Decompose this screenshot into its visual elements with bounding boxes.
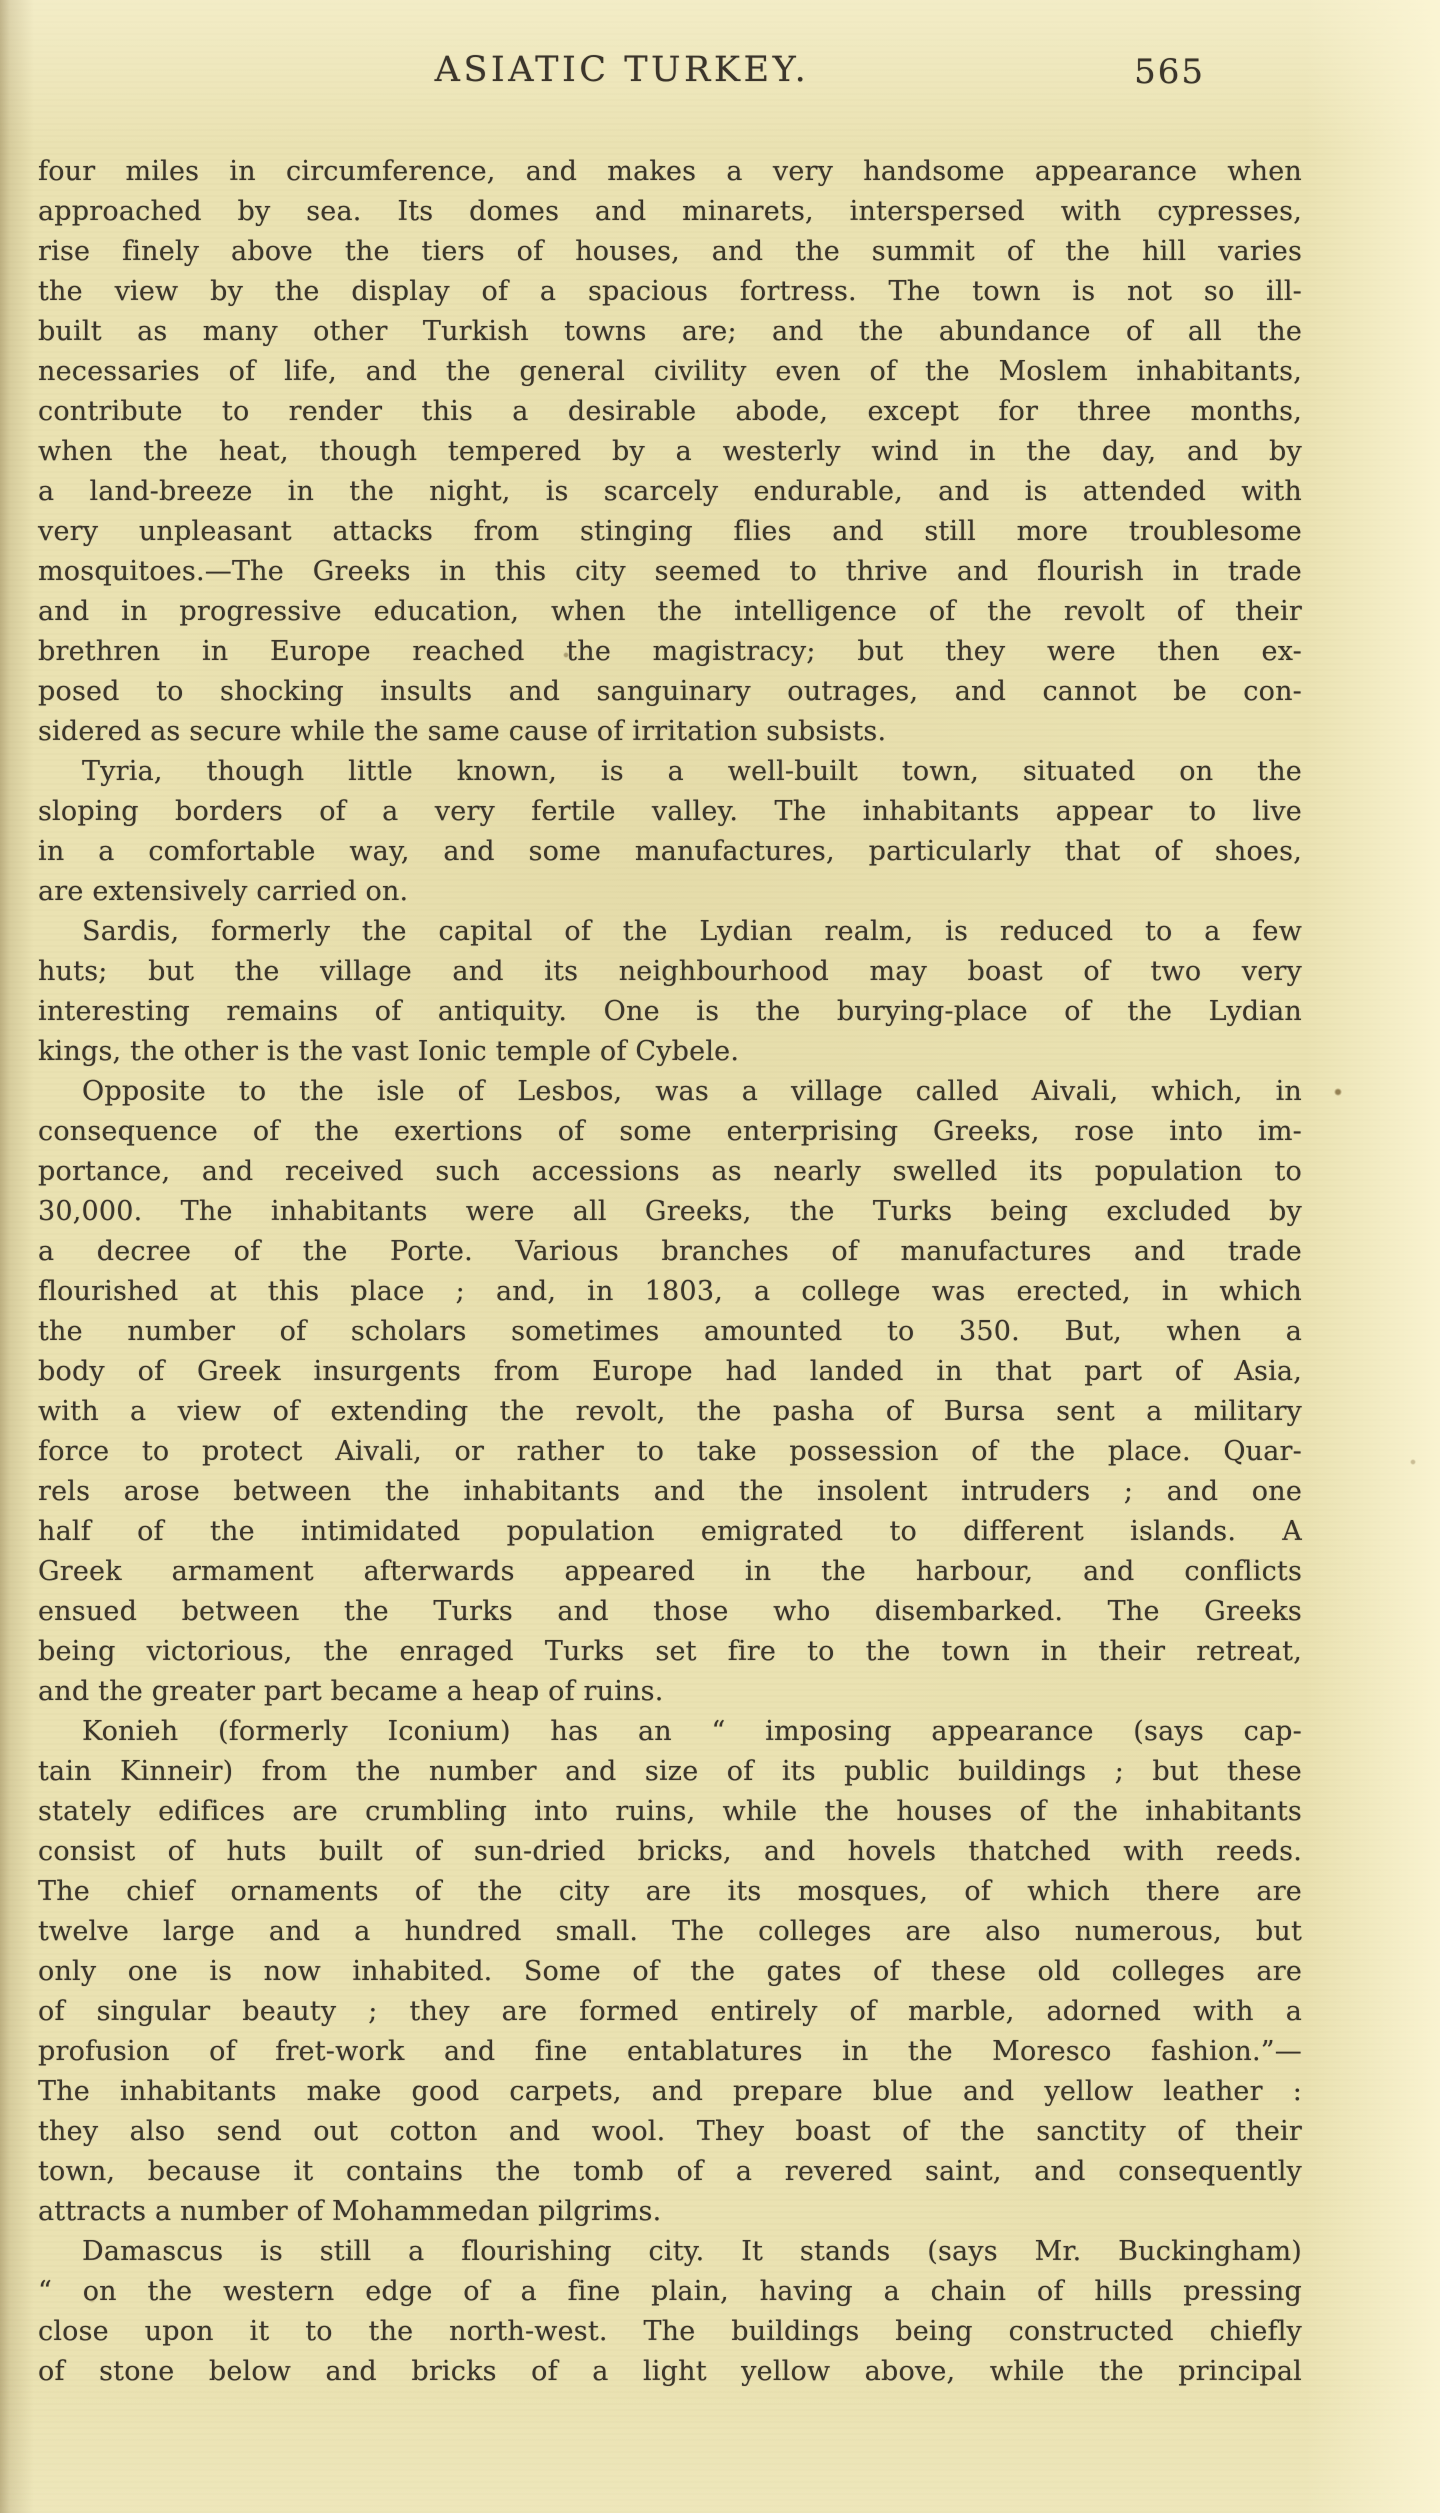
paragraph-3: Sardis, formerly the capital of the Lydi… xyxy=(38,912,1302,1072)
page-number: 565 xyxy=(1134,52,1205,92)
text-line: twelve large and a hundred small. The co… xyxy=(38,1912,1302,1952)
text-line: Tyria, though little known, is a well-bu… xyxy=(38,752,1302,792)
text-line: being victorious, the enraged Turks set … xyxy=(38,1632,1302,1672)
text-line: are extensively carried on. xyxy=(38,872,1302,912)
text-line: The chief ornaments of the city are its … xyxy=(38,1872,1302,1912)
text-line: of stone below and bricks of a light yel… xyxy=(38,2352,1302,2392)
text-line: of singular beauty ; they are formed ent… xyxy=(38,1992,1302,2032)
text-line: four miles in circumference, and makes a… xyxy=(38,152,1302,192)
text-line: attracts a number of Mohammedan pilgrims… xyxy=(38,2192,1302,2232)
text-line: close upon it to the north-west. The bui… xyxy=(38,2312,1302,2352)
text-line: Opposite to the isle of Lesbos, was a vi… xyxy=(38,1072,1302,1112)
text-line: rise finely above the tiers of houses, a… xyxy=(38,232,1302,272)
text-line: force to protect Aivali, or rather to ta… xyxy=(38,1432,1302,1472)
text-line: body of Greek insurgents from Europe had… xyxy=(38,1352,1302,1392)
text-line: the number of scholars sometimes amounte… xyxy=(38,1312,1302,1352)
paragraph-1: four miles in circumference, and makes a… xyxy=(38,152,1302,752)
text-line: huts; but the village and its neighbourh… xyxy=(38,952,1302,992)
text-line: Greek armament afterwards appeared in th… xyxy=(38,1552,1302,1592)
text-line: only one is now inhabited. Some of the g… xyxy=(38,1952,1302,1992)
text-line: contribute to render this a desirable ab… xyxy=(38,392,1302,432)
text-line: mosquitoes.—The Greeks in this city seem… xyxy=(38,552,1302,592)
text-line: they also send out cotton and wool. They… xyxy=(38,2112,1302,2152)
text-line: when the heat, though tempered by a west… xyxy=(38,432,1302,472)
text-line: interesting remains of antiquity. One is… xyxy=(38,992,1302,1032)
text-line: profusion of fret-work and fine entablat… xyxy=(38,2032,1302,2072)
paragraph-4: Opposite to the isle of Lesbos, was a vi… xyxy=(38,1072,1302,1712)
text-line: town, because it contains the tomb of a … xyxy=(38,2152,1302,2192)
text-line: approached by sea. Its domes and minaret… xyxy=(38,192,1302,232)
text-line: consist of huts built of sun-dried brick… xyxy=(38,1832,1302,1872)
text-line: sidered as secure while the same cause o… xyxy=(38,712,1302,752)
text-line: the view by the display of a spacious fo… xyxy=(38,272,1302,312)
text-line: Sardis, formerly the capital of the Lydi… xyxy=(38,912,1302,952)
book-page: ASIATIC TURKEY. 565 four miles in circum… xyxy=(0,0,1440,2513)
text-line: necessaries of life, and the general civ… xyxy=(38,352,1302,392)
paragraph-6: Damascus is still a flourishing city. It… xyxy=(38,2232,1302,2392)
text-line: built as many other Turkish towns are; a… xyxy=(38,312,1302,352)
text-line: ensued between the Turks and those who d… xyxy=(38,1592,1302,1632)
paragraph-2: Tyria, though little known, is a well-bu… xyxy=(38,752,1302,912)
text-line: Damascus is still a flourishing city. It… xyxy=(38,2232,1302,2272)
text-line: flourished at this place ; and, in 1803,… xyxy=(38,1272,1302,1312)
text-line: and the greater part became a heap of ru… xyxy=(38,1672,1302,1712)
text-line: with a view of extending the revolt, the… xyxy=(38,1392,1302,1432)
text-line: very unpleasant attacks from stinging fl… xyxy=(38,512,1302,552)
text-line: posed to shocking insults and sanguinary… xyxy=(38,672,1302,712)
text-line: tain Kinneir) from the number and size o… xyxy=(38,1752,1302,1792)
text-line: consequence of the exertions of some ent… xyxy=(38,1112,1302,1152)
text-line: kings, the other is the vast Ionic templ… xyxy=(38,1032,1302,1072)
text-line: in a comfortable way, and some manufactu… xyxy=(38,832,1302,872)
text-line: portance, and received such accessions a… xyxy=(38,1152,1302,1192)
text-line: brethren in Europe reached the magistrac… xyxy=(38,632,1302,672)
text-line: a land-breeze in the night, is scarcely … xyxy=(38,472,1302,512)
text-line: rels arose between the inhabitants and t… xyxy=(38,1472,1302,1512)
text-line: “ on the western edge of a fine plain, h… xyxy=(38,2272,1302,2312)
running-title: ASIATIC TURKEY. xyxy=(435,50,810,90)
text-line: 30,000. The inhabitants were all Greeks,… xyxy=(38,1192,1302,1232)
page-header: ASIATIC TURKEY. 565 xyxy=(0,0,1440,120)
text-line: The inhabitants make good carpets, and p… xyxy=(38,2072,1302,2112)
text-line: sloping borders of a very fertile valley… xyxy=(38,792,1302,832)
text-line: half of the intimidated population emigr… xyxy=(38,1512,1302,1552)
text-line: and in progressive education, when the i… xyxy=(38,592,1302,632)
text-line: a decree of the Porte. Various branches … xyxy=(38,1232,1302,1272)
paragraph-5: Konieh (formerly Iconium) has an “ impos… xyxy=(38,1712,1302,2232)
text-block: four miles in circumference, and makes a… xyxy=(38,152,1302,2392)
text-line: stately edifices are crumbling into ruin… xyxy=(38,1792,1302,1832)
text-line: Konieh (formerly Iconium) has an “ impos… xyxy=(38,1712,1302,1752)
